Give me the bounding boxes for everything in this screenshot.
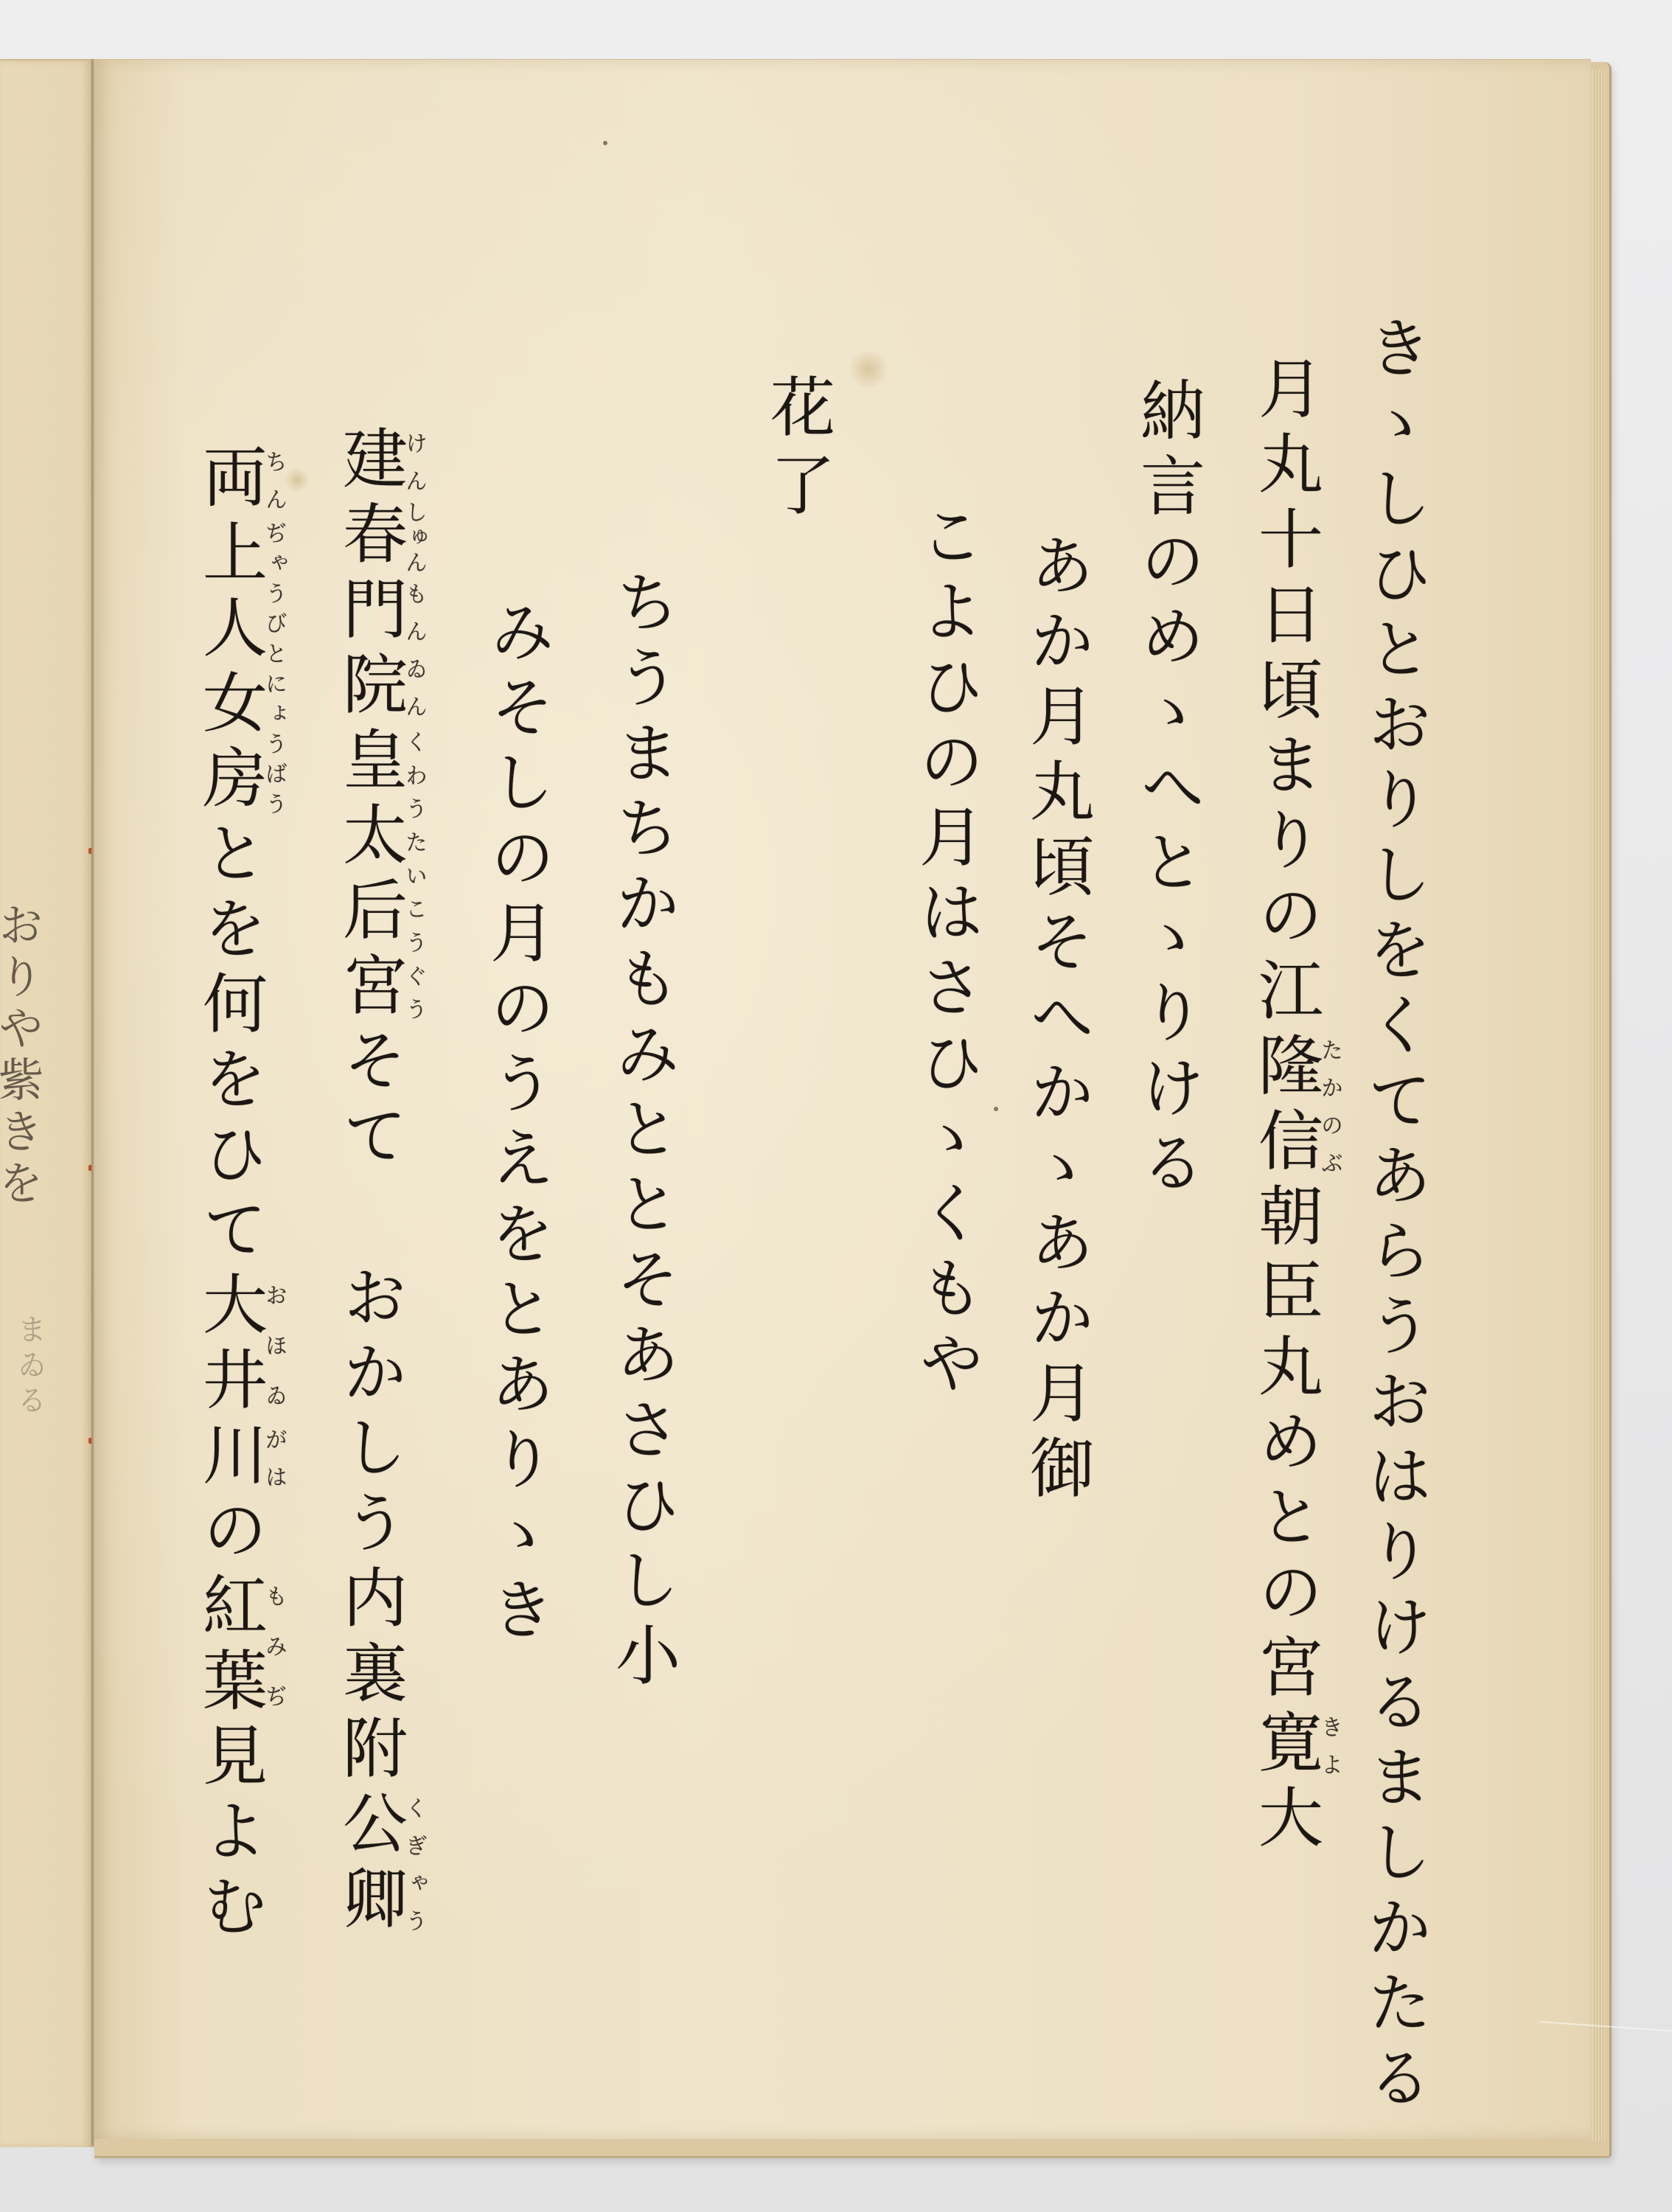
column-10-text: 見よむ: [192, 1722, 268, 1947]
text-column-6: 花了: [765, 373, 830, 529]
right-page: きゝしひとおりしをくてあらうおはりけるましかたる 月丸十日頃まりの江隆たか信のぶ…: [94, 59, 1591, 2139]
ruby-annotation: 女房にょうばう: [192, 669, 268, 819]
ruby-annotation: 建けん: [332, 425, 408, 500]
ink-speck: [994, 1107, 998, 1111]
ruby-annotation: 上人ぢゃうびと: [192, 518, 268, 669]
column-10-text: の: [192, 1496, 268, 1571]
ruby-annotation: 門もん: [332, 575, 408, 650]
text-column-3: 納言のめゝへとゝりける: [1135, 377, 1200, 1204]
text-column-2: 月丸十日頃まりの江隆たか信のぶ朝臣丸めとの宮寛きよ大: [1253, 355, 1341, 1859]
ruby-annotation: 信のぶ: [1248, 1107, 1324, 1182]
ruby-annotation: 寛きよ: [1248, 1708, 1324, 1784]
column-2-text: 大: [1248, 1784, 1324, 1859]
text-column-7: ちうまちかもみととそあさひし小: [610, 568, 675, 1697]
ruby-annotation: 大井おほゐ: [192, 1270, 268, 1421]
text-column-9: 建けん春しゅん門もん院ゐん皇太后宮くわうたいこうぐうそて おかしう内裏附公卿くぎ…: [338, 425, 425, 1940]
text-column-5: こよひの月はさひゝくもや: [914, 502, 979, 1405]
ruby-annotation: 川がは: [192, 1421, 268, 1496]
column-2-text: 朝臣丸めとの宮: [1248, 1182, 1324, 1708]
text-column-4: あか月丸頃そへかゝあか月御: [1025, 532, 1090, 1509]
left-page-text: おりや紫きを: [0, 901, 40, 1211]
ink-speck: [603, 141, 607, 145]
column-2-text: 月丸十日頃まりの江: [1248, 355, 1324, 1032]
text-column-8: みそしの月のうえをとありゝき: [485, 598, 550, 1651]
column-9-text: そて おかしう内裏附: [332, 1026, 408, 1790]
ruby-annotation: 院ゐん: [332, 650, 408, 726]
paper-stain: [282, 469, 312, 491]
left-page-fragment: おりや紫きを まゐる: [0, 59, 94, 2147]
paper-stain: [846, 351, 891, 388]
text-column-10: 両ちん上人ぢゃうびと女房にょうばうとを何をひて大井おほゐ川がはの紅葉もみぢ見よむ: [198, 443, 285, 1947]
ruby-annotation: 紅葉もみぢ: [192, 1571, 268, 1722]
left-page-annotation: まゐる: [0, 1314, 44, 1420]
text-column-1: きゝしひとおりしをくてあらうおはりけるましかたる: [1362, 314, 1427, 2119]
ruby-annotation: 公卿くぎゃう: [332, 1790, 408, 1940]
ruby-annotation: 隆たか: [1248, 1032, 1324, 1107]
column-10-text: とを何をひて: [192, 819, 268, 1270]
ruby-annotation: 皇太后宮くわうたいこうぐう: [332, 726, 408, 1026]
ruby-annotation: 春しゅん: [332, 500, 408, 575]
ruby-annotation: 両ちん: [192, 443, 268, 518]
